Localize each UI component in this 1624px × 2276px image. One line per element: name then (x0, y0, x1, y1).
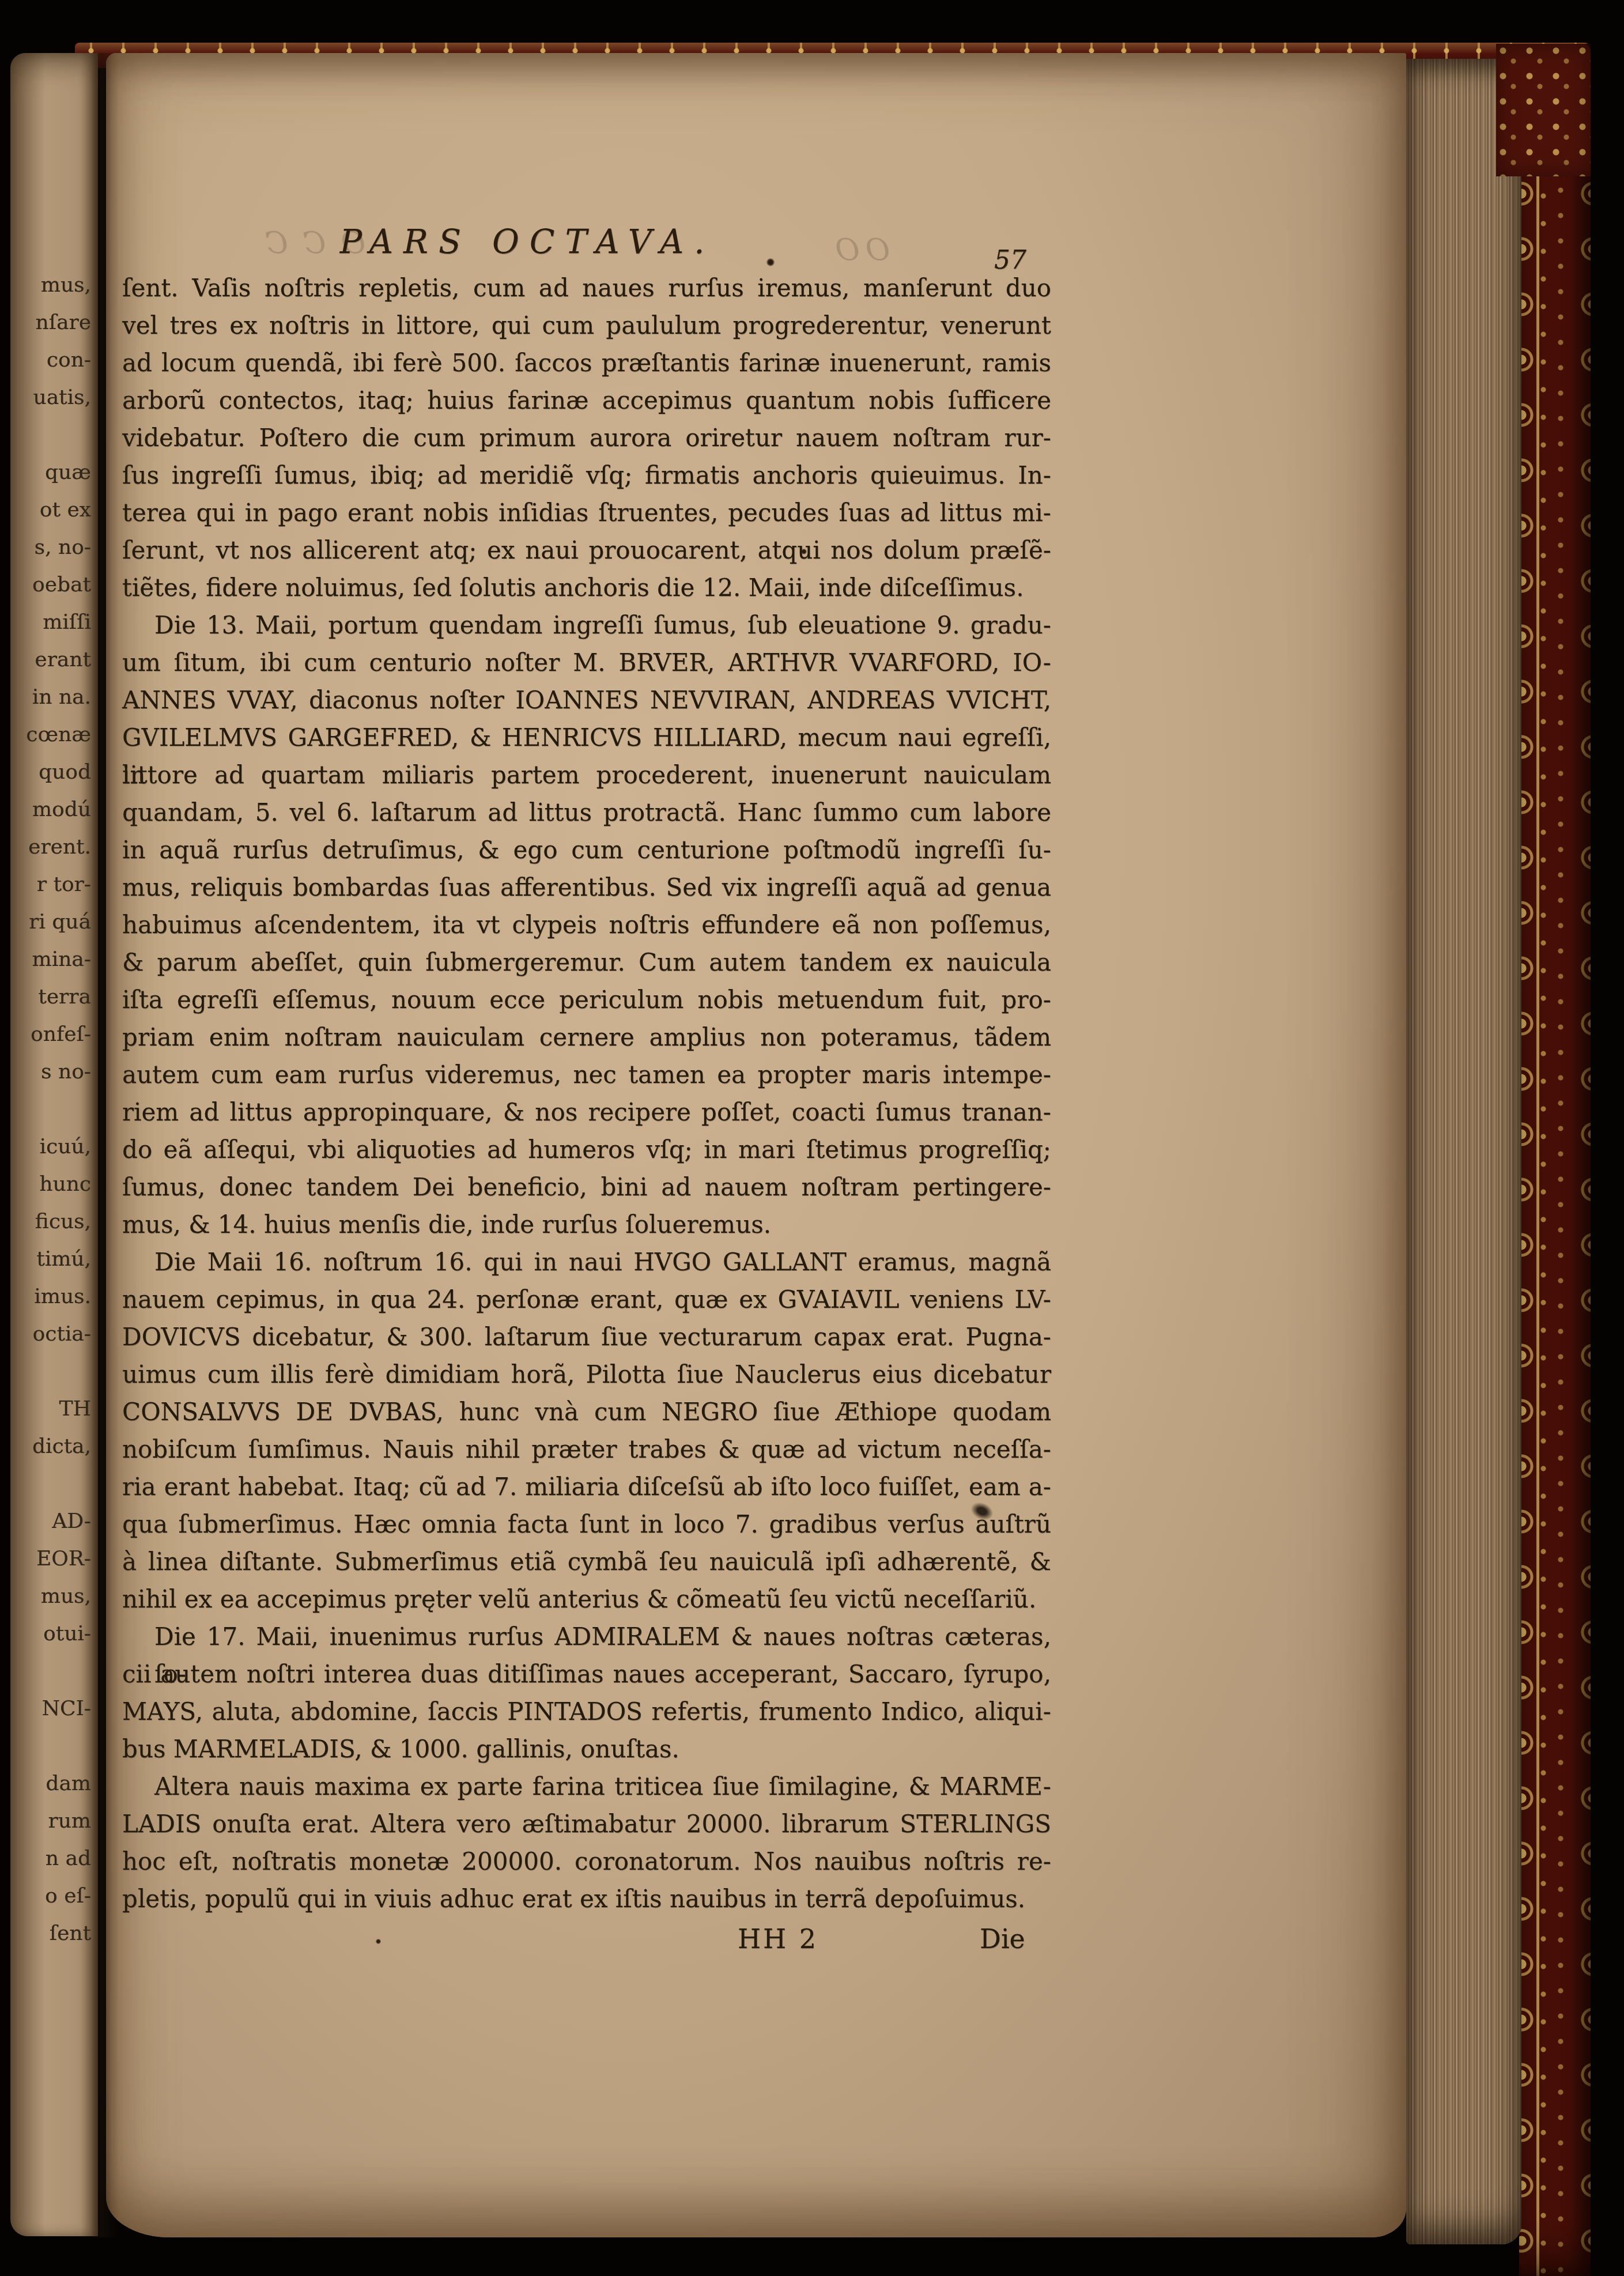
gutter-fragment: s, no- (15, 529, 91, 566)
gutter-fragment: AD- (15, 1503, 91, 1540)
ink-speck (801, 549, 807, 554)
facing-page-text-fragments: mus, nſare con- uatis, quæ ot ex s, no- … (15, 266, 91, 1952)
text-line: nihil ex ea accepimus pręter velũ anteri… (122, 1580, 1051, 1618)
gutter-fragment: r tor- (15, 866, 91, 903)
gutter-fragment (15, 1465, 91, 1503)
text-line: videbatur. Poſtero die cum primum aurora… (122, 419, 1051, 456)
text-line: quandam, 5. vel 6. laſtarum ad littus pr… (122, 794, 1051, 831)
text-block-page-edges (1406, 59, 1521, 2244)
gutter-fragment: erent. (15, 828, 91, 866)
ink-show-through: OO (829, 233, 890, 267)
text-line: & parum abeſſet, quin ſubmergeremur. Cum… (122, 943, 1051, 981)
text-line: ANNES VVAY, diaconus noſter IOANNES NEVV… (122, 681, 1051, 719)
text-line: ſumus, donec tandem Dei beneficio, bini … (122, 1168, 1051, 1206)
text-line: MAYS, aluta, abdomine, ſaccis PINTADOS r… (122, 1693, 1051, 1730)
gutter-fragment: modú (15, 791, 91, 828)
gutter-fragment: imus. (15, 1278, 91, 1315)
text-line: cii autem noſtri interea duas ditiſſimas… (122, 1655, 1051, 1693)
gutter-fragment: oebat (15, 566, 91, 603)
text-line: CONSALVVS DE DVBAS, hunc vnà cum NEGRO ſ… (122, 1393, 1051, 1430)
gutter-fragment: ri quá (15, 903, 91, 941)
text-line: iſta egreſſi eſſemus, nouum ecce pericul… (122, 981, 1051, 1018)
book-page: OCC OO PARS OCTAVA. 57 ſent. Vaſis noſtr… (106, 53, 1406, 2237)
gutter-fragment: rum (15, 1802, 91, 1840)
text-line: mus, reliquis bombardas ſuas afferentibu… (122, 869, 1051, 906)
text-line: Die Maii 16. noſtrum 16. qui in naui HVG… (122, 1243, 1051, 1281)
running-head: PARS OCTAVA. (297, 223, 758, 261)
text-line: ad locum quendã, ibi ferè 500. ſaccos pr… (122, 344, 1051, 382)
ink-speck (376, 1939, 381, 1944)
gutter-fragment: erant (15, 641, 91, 678)
text-line: ria erant habebat. Itaq; cũ ad 7. miliar… (122, 1468, 1051, 1505)
gilt-binding-fore-edge (1519, 44, 1591, 2276)
gutter-fragment: quod (15, 753, 91, 791)
gilt-binding-corner (1496, 44, 1591, 176)
gutter-fragment: quæ (15, 454, 91, 491)
text-line: Die 13. Maii, portum quendam ingreſſi ſu… (122, 606, 1051, 644)
text-line: hoc eſt, noſtratis monetæ 200000. corona… (122, 1843, 1051, 1880)
text-line: nauem cepimus, in qua 24. perſonæ erant,… (122, 1281, 1051, 1318)
text-line: priam enim noſtram nauiculam cernere amp… (122, 1018, 1051, 1056)
gutter-fragment: nſare (15, 304, 91, 341)
ink-speck (766, 258, 775, 266)
gutter-fragment: uatis, (15, 379, 91, 416)
text-line: GVILELMVS GARGEFRED, & HENRICVS HILLIARD… (122, 719, 1051, 756)
text-line: ſus ingreſſi ſumus, ibiq; ad meridiẽ vſq… (122, 456, 1051, 494)
gutter-fragment: octia- (15, 1315, 91, 1353)
text-line: LADIS onuſta erat. Altera vero æſtimabat… (122, 1805, 1051, 1843)
body-text: ſent. Vaſis noſtris repletis, cum ad nau… (122, 269, 1051, 1918)
text-line: nobiſcum ſumſimus. Nauis nihil præter tr… (122, 1430, 1051, 1468)
gutter-fragment: NCI- (15, 1690, 91, 1727)
text-line: ſerunt, vt nos allicerent atq; ex naui p… (122, 531, 1051, 569)
gutter-fragment: ot ex (15, 491, 91, 529)
gutter-fragment: onfeſ- (15, 1016, 91, 1053)
gutter-fragment: cœnæ (15, 716, 91, 753)
text-line: pletis, populũ qui in viuis adhuc erat e… (122, 1880, 1051, 1918)
gutter-fragment (15, 1652, 91, 1690)
gutter-fragment: terra (15, 978, 91, 1016)
gutter-fragment (15, 1353, 91, 1390)
gutter-fragment: icuú, (15, 1128, 91, 1165)
gutter-fragment: in na. (15, 678, 91, 716)
text-line: tiẽtes, fidere noluimus, ſed ſolutis anc… (122, 569, 1051, 606)
gutter-fragment: TH (15, 1390, 91, 1428)
gutter-fragment: s no- (15, 1053, 91, 1090)
catchword: Die (980, 1923, 1025, 1954)
gutter-fragment: ficus, (15, 1203, 91, 1240)
text-line: uimus cum illis ferè dimidiam horã, Pilo… (122, 1356, 1051, 1393)
text-line: mus, & 14. huius menſis die, inde rurſus… (122, 1206, 1051, 1243)
text-line: qua ſubmerſimus. Hæc omnia facta ſunt in… (122, 1505, 1051, 1543)
text-line: Die 17. Maii, inuenimus rurſus ADMIRALEM… (122, 1618, 1051, 1655)
text-line: do eã aſſequi, vbi aliquoties ad humeros… (122, 1131, 1051, 1168)
gutter-fragment: timú, (15, 1240, 91, 1278)
text-line: Altera nauis maxima ex parte farina trit… (122, 1768, 1051, 1805)
gutter-fragment: mus, (15, 266, 91, 304)
text-line: vel tres ex noſtris in littore, qui cum … (122, 307, 1051, 344)
gutter-fragment: mina- (15, 941, 91, 978)
gutter-fragment: hunc (15, 1165, 91, 1203)
quire-signature: HH 2 (738, 1923, 818, 1954)
text-line: autem cum eam rurſus videremus, nec tame… (122, 1056, 1051, 1093)
text-line: bus MARMELADIS, & 1000. gallinis, onuſta… (122, 1730, 1051, 1768)
gutter-fragment: miſſi (15, 603, 91, 641)
text-line: in aquã rurſus detruſimus, & ego cum cen… (122, 831, 1051, 869)
gutter-fragment: ſent (15, 1915, 91, 1952)
gutter-fragment: otui- (15, 1615, 91, 1652)
gutter-fragment: mus, (15, 1577, 91, 1615)
text-line: littore ad quartam miliaris partem proce… (122, 756, 1051, 794)
text-line: à linea diſtante. Submerſimus etiã cymbã… (122, 1543, 1051, 1580)
gutter-fragment (15, 1090, 91, 1128)
text-line: arborũ contectos, itaq; huius farinæ acc… (122, 382, 1051, 419)
text-line: DOVICVS dicebatur, & 300. laſtarum ſiue … (122, 1318, 1051, 1356)
text-line: ſent. Vaſis noſtris repletis, cum ad nau… (122, 269, 1051, 307)
facing-page-gutter-sliver: mus, nſare con- uatis, quæ ot ex s, no- … (10, 53, 98, 2236)
text-line: terea qui in pago erant nobis inſidias ſ… (122, 494, 1051, 531)
gutter-fragment: n ad (15, 1840, 91, 1877)
gutter-fragment (15, 1727, 91, 1765)
gutter-fragment: EOR- (15, 1540, 91, 1577)
text-line: habuimus aſcendentem, ita vt clypeis noſ… (122, 906, 1051, 943)
text-line: riem ad littus appropinquare, & nos reci… (122, 1093, 1051, 1131)
gutter-fragment: con- (15, 341, 91, 379)
text-line: um ſitum, ibi cum centurio noſter M. BRV… (122, 644, 1051, 681)
gutter-fragment: dicta, (15, 1428, 91, 1465)
gutter-fragment: o eſ- (15, 1877, 91, 1915)
gutter-fragment (15, 416, 91, 454)
gutter-fragment: dam (15, 1765, 91, 1802)
